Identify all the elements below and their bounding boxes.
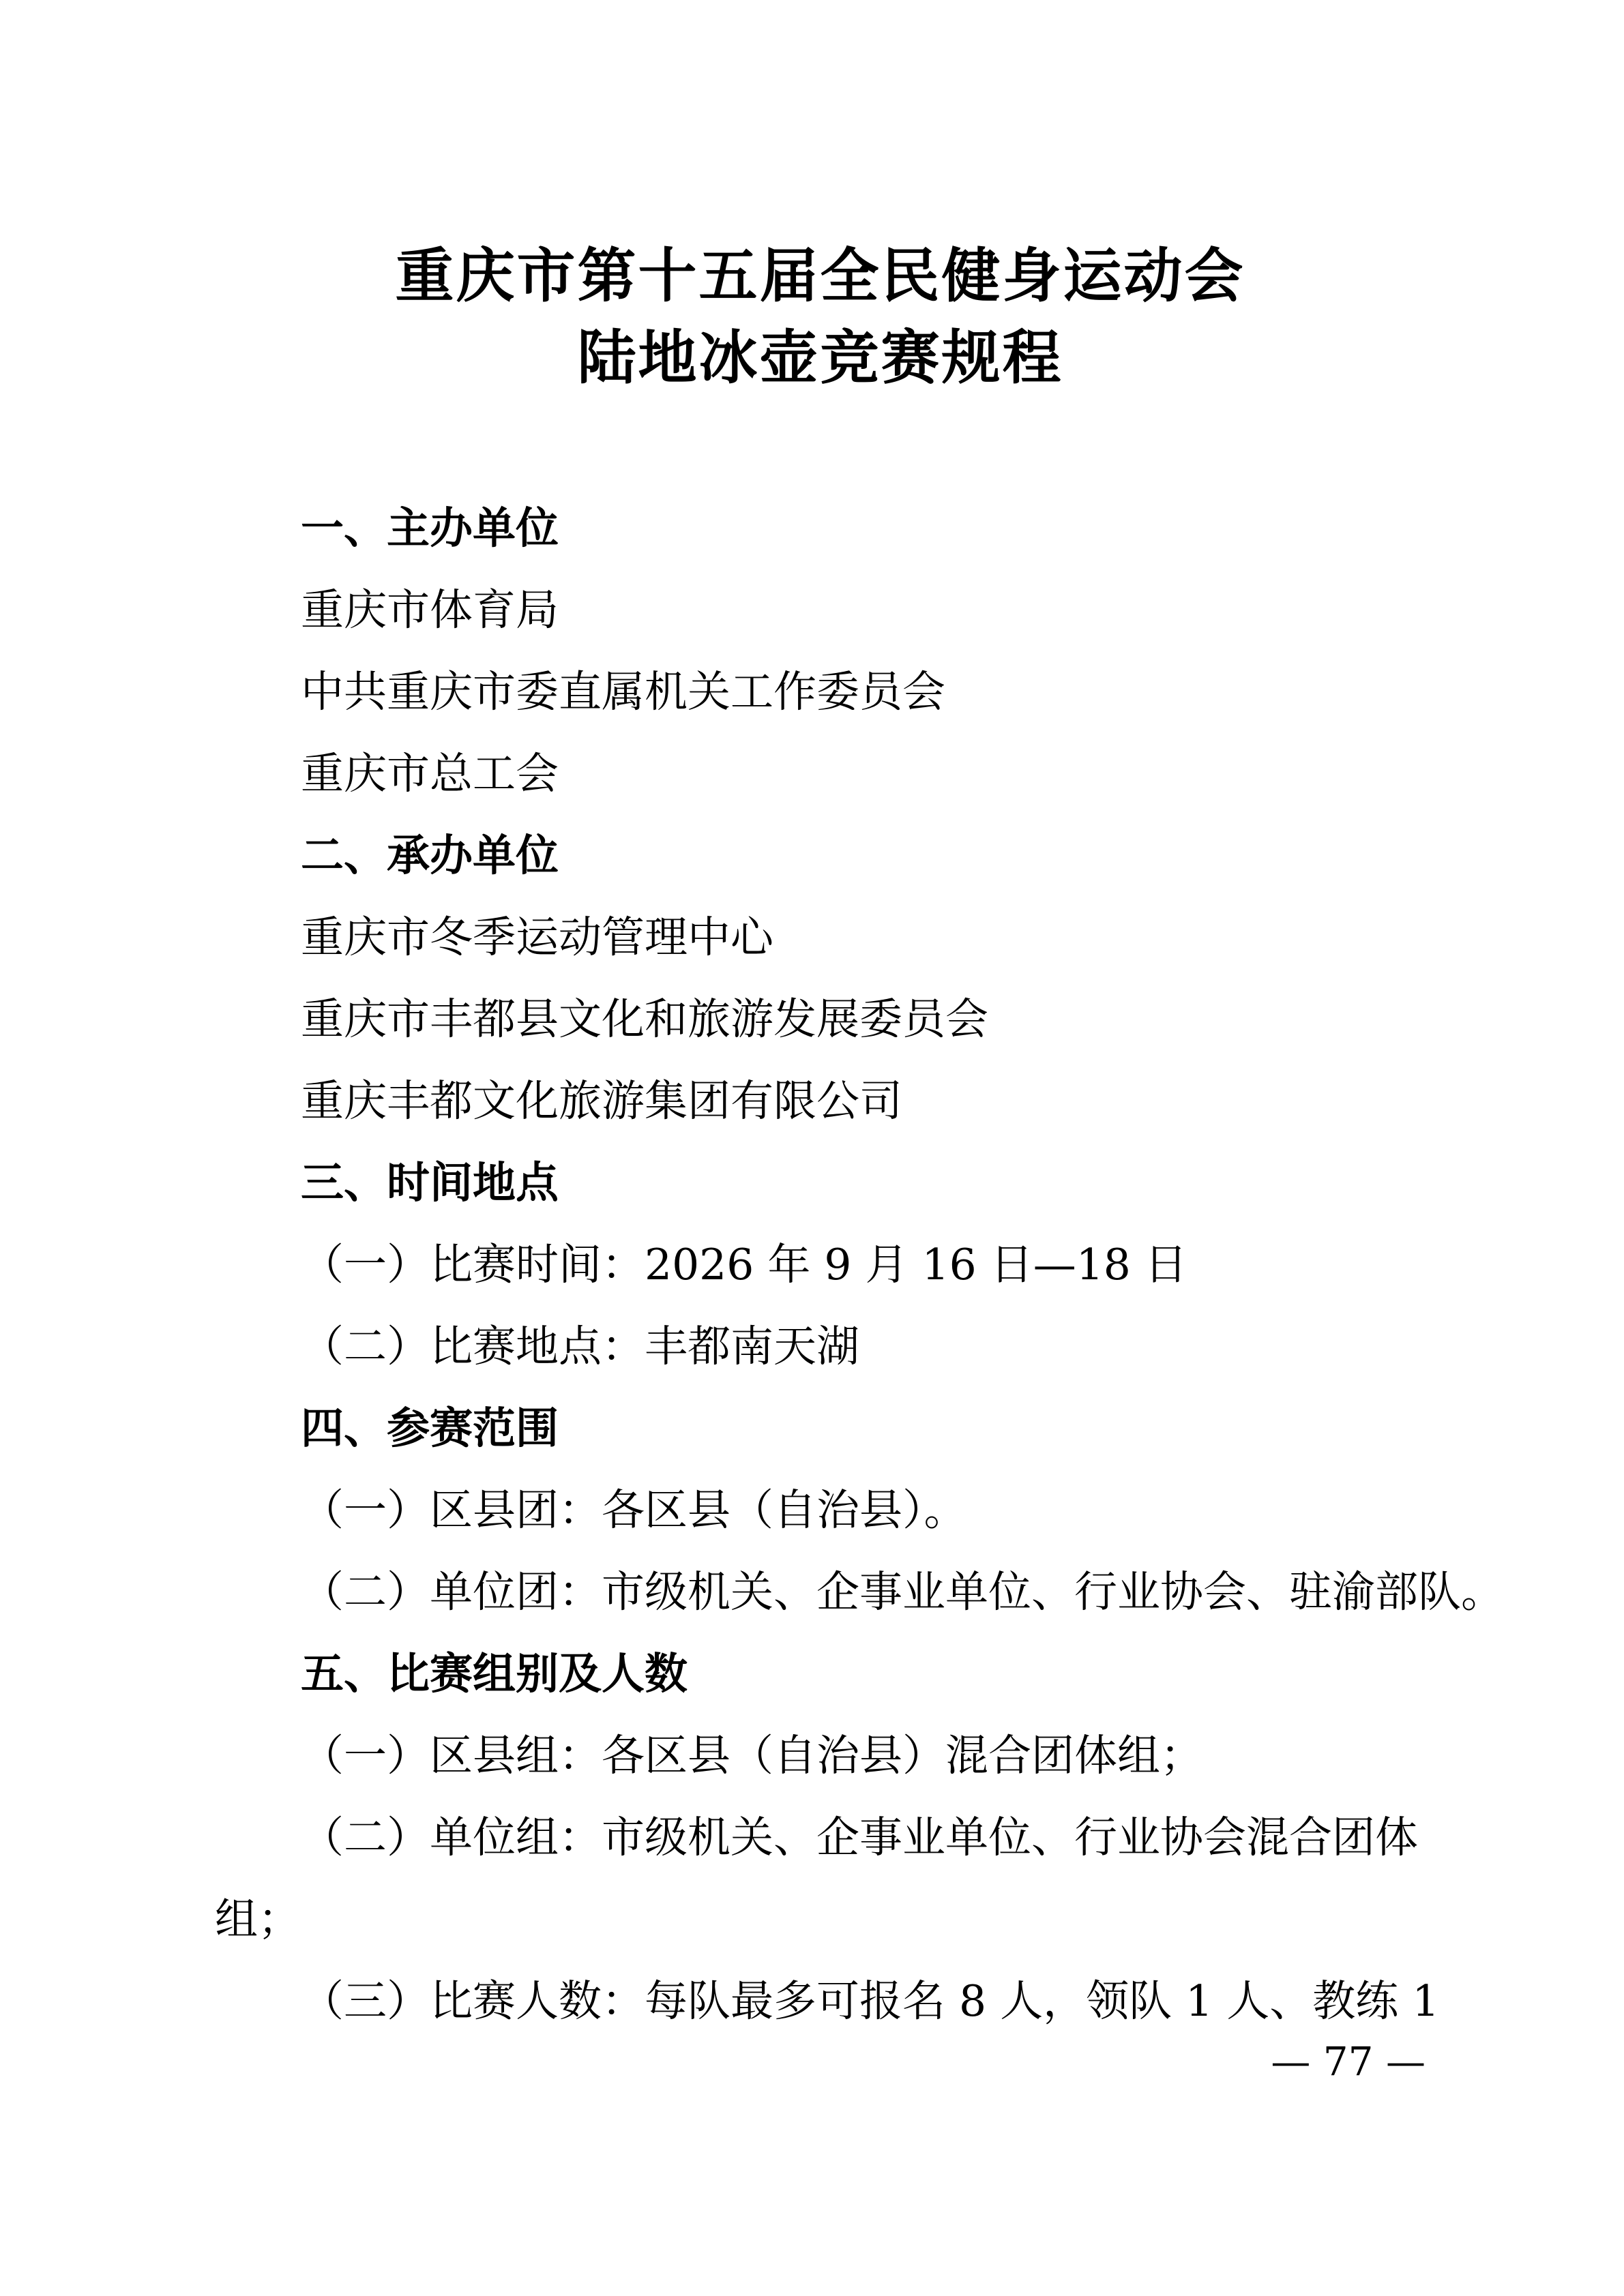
section-heading-participation-scope: 四、参赛范围 (215, 1388, 1426, 1470)
text-line-organizer-unit-3: 重庆丰都文化旅游集团有限公司 (215, 1060, 1426, 1142)
document-body: 一、主办单位 重庆市体育局 中共重庆市委直属机关工作委员会 重庆市总工会 二、承… (215, 488, 1426, 2042)
text-line-participant-numbers: （三）比赛人数：每队最多可报名 8 人，领队 1 人、教练 1 (215, 1960, 1426, 2042)
text-line-unit-group-continued: 组； (215, 1879, 1426, 1960)
document-title: 重庆市第十五届全民健身运动会 陆地冰壶竞赛规程 (215, 235, 1426, 399)
text-line-competition-venue: （二）比赛地点：丰都南天湖 (215, 1306, 1426, 1388)
section-heading-groups-numbers: 五、比赛组别及人数 (215, 1633, 1426, 1715)
text-line-district-delegations: （一）区县团：各区县（自治县）。 (215, 1470, 1426, 1551)
text-line-unit-delegations: （二）单位团：市级机关、企事业单位、行业协会、驻渝部队。 (215, 1551, 1426, 1633)
section-heading-time-place: 三、时间地点 (215, 1142, 1426, 1224)
text-line-host-unit-2: 中共重庆市委直属机关工作委员会 (215, 651, 1426, 733)
text-line-district-group: （一）区县组：各区县（自治县）混合团体组； (215, 1715, 1426, 1797)
section-heading-organizer-units: 二、承办单位 (215, 815, 1426, 897)
document-page: 重庆市第十五届全民健身运动会 陆地冰壶竞赛规程 一、主办单位 重庆市体育局 中共… (0, 0, 1624, 2296)
text-line-organizer-unit-1: 重庆市冬季运动管理中心 (215, 897, 1426, 979)
text-line-organizer-unit-2: 重庆市丰都县文化和旅游发展委员会 (215, 979, 1426, 1060)
document-title-line-2: 陆地冰壶竞赛规程 (215, 317, 1426, 399)
text-line-host-unit-1: 重庆市体育局 (215, 569, 1426, 651)
section-heading-host-units: 一、主办单位 (215, 488, 1426, 569)
page-number: — 77 — (1271, 2038, 1426, 2085)
text-line-competition-time: （一）比赛时间：2026 年 9 月 16 日—18 日 (215, 1224, 1426, 1306)
text-line-unit-group: （二）单位组：市级机关、企事业单位、行业协会混合团体 (215, 1797, 1426, 1879)
document-title-line-1: 重庆市第十五届全民健身运动会 (215, 235, 1426, 317)
text-line-host-unit-3: 重庆市总工会 (215, 733, 1426, 815)
